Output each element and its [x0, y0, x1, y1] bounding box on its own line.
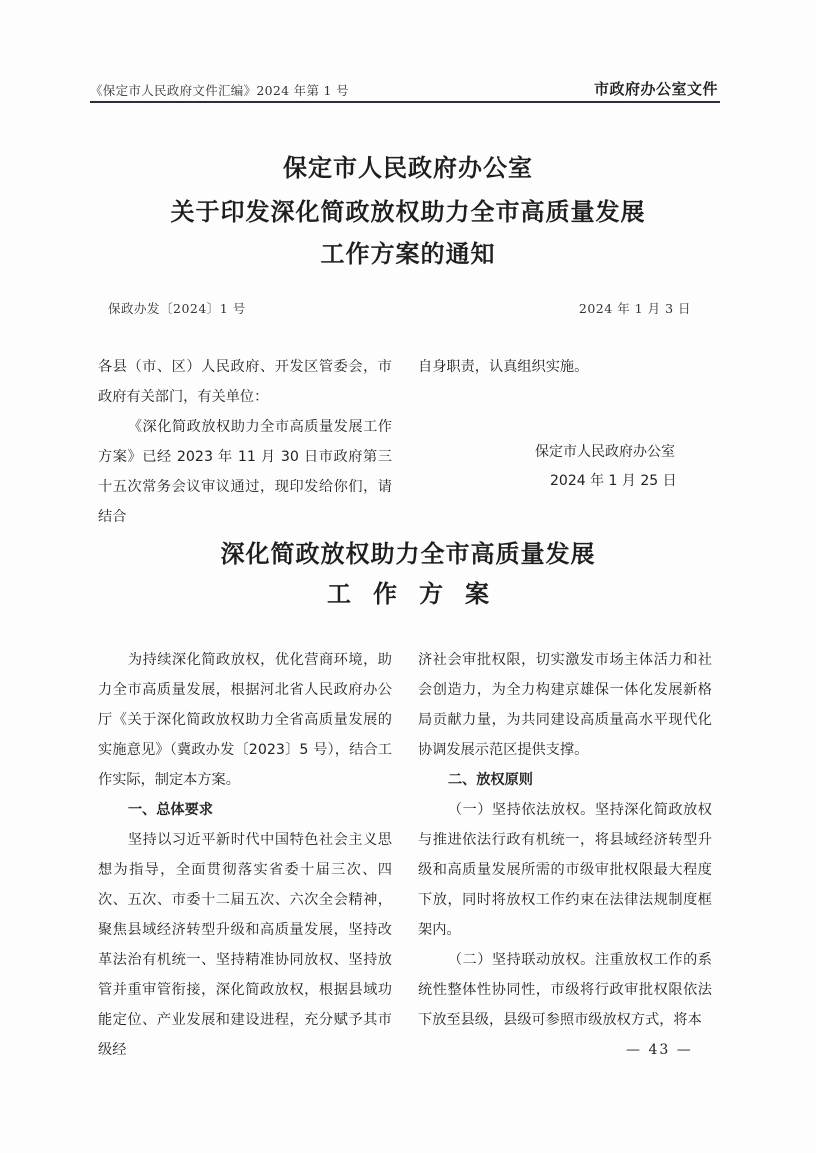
plan-intro-paragraph: 为持续深化简政放权，优化营商环境，助力全市高质量发展，根据河北省人民政府办公厅《… [98, 645, 392, 795]
notice-paragraph: 《深化简政放权助力全市高质量发展工作方案》已经 2023 年 11 月 30 日… [98, 412, 392, 532]
principle-1-paragraph: （一）坚持依法放权。坚持深化简政放权与推进依法行政有机统一，将县域经济转型升级和… [418, 795, 712, 945]
addressee: 各县（市、区）人民政府、开发区管委会，市政府有关部门，有关单位： [98, 352, 392, 412]
document-category: 市政府办公室文件 [594, 78, 718, 99]
plan-body-left-column: 为持续深化简政放权，优化营商环境，助力全市高质量发展，根据河北省人民政府办公厅《… [98, 645, 392, 1065]
plan-body-right-column: 济社会审批权限，切实激发市场主体活力和社会创造力，为全力构建京雄保一体化发展新格… [418, 645, 712, 1035]
plan-title-line-1: 深化简政放权助力全市高质量发展 [0, 534, 816, 569]
document-number: 保政办发〔2024〕1 号 [108, 299, 246, 317]
notice-body-right-column: 自身职责，认真组织实施。 [418, 352, 712, 382]
signature-organization: 保定市人民政府办公室 [535, 441, 675, 461]
section-heading-1: 一、总体要求 [98, 795, 392, 825]
section-heading-2: 二、放权原则 [418, 765, 712, 795]
page-number: — 43 — [626, 1042, 693, 1058]
issue-date: 2024 年 1 月 3 日 [579, 299, 691, 317]
section-1-continuation: 济社会审批权限，切实激发市场主体活力和社会创造力，为全力构建京雄保一体化发展新格… [418, 645, 712, 765]
notice-title-line-1: 保定市人民政府办公室 [0, 148, 816, 183]
notice-body-left-column: 各县（市、区）人民政府、开发区管委会，市政府有关部门，有关单位： 《深化简政放权… [98, 352, 392, 532]
notice-title-line-3: 工作方案的通知 [0, 234, 816, 269]
publication-label: 《保定市人民政府文件汇编》2024 年第 1 号 [90, 81, 349, 99]
notice-title-line-2: 关于印发深化简政放权助力全市高质量发展 [0, 192, 816, 227]
signature-date: 2024 年 1 月 25 日 [550, 470, 677, 490]
section-1-paragraph: 坚持以习近平新时代中国特色社会主义思想为指导，全面贯彻落实省委十届三次、四次、五… [98, 825, 392, 1065]
header-divider [90, 101, 720, 103]
plan-title-line-2: 工作方案 [0, 574, 816, 609]
notice-continuation: 自身职责，认真组织实施。 [418, 352, 712, 382]
principle-2-paragraph: （二）坚持联动放权。注重放权工作的系统性整体性协同性，市级将行政审批权限依法下放… [418, 945, 712, 1035]
